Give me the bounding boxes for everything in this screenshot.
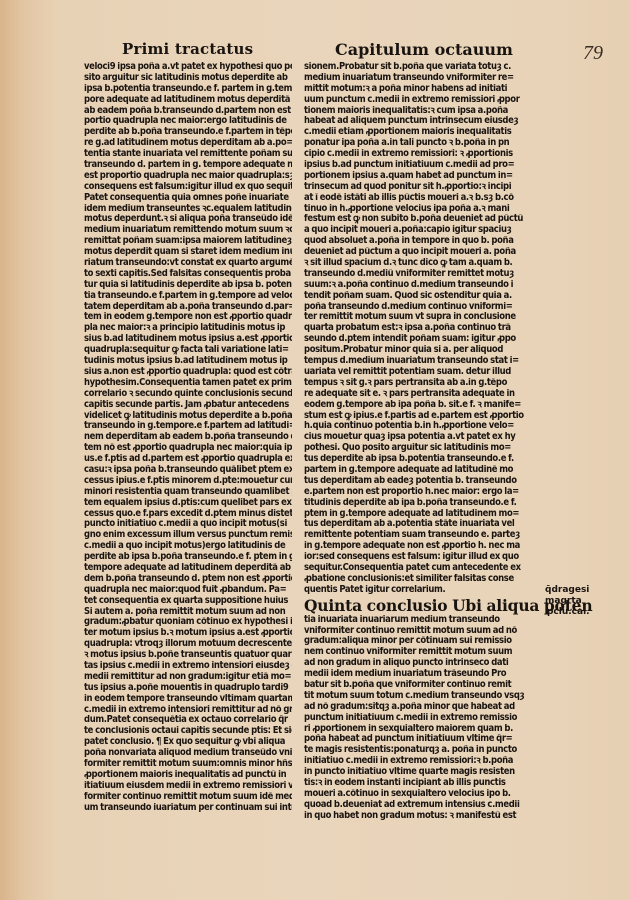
text-line: ri ꝓportionem in sexquialtero maiorem qu… (304, 724, 532, 735)
text-line: mittit motum:ꝛ a poña minor habens ad in… (304, 84, 532, 95)
text-line: tia transeundo.e f.partem in g.tempore a… (84, 291, 292, 302)
text-line: quod absoluet a.poña in tempore in quo b… (304, 236, 532, 247)
text-line: est proportio quadrupla nec maior quadru… (84, 171, 292, 182)
text-line: gradum:aliqua minor per cōtinuam sui rem… (304, 636, 532, 647)
text-line: cessus ipius.e f.ptis minorem d.pte:moue… (84, 476, 292, 487)
right-column-text-after-heading: tia inuariata inuariarum medium transeun… (304, 615, 532, 822)
section-heading-quinta-conclusio: Quinta conclusio Ubi aliqua poten (304, 596, 532, 615)
text-line: motus deperdit quam si staret idem mediu… (84, 247, 292, 258)
text-line: seundo d.ptem intendit poñam suam: igitu… (304, 334, 532, 345)
running-title-left: Primi tractatus (122, 40, 253, 58)
text-line: in puncto initiatiuo vltime quarte magis… (304, 767, 532, 778)
text-line: sito arguitur sic latitudinis motus depe… (84, 73, 292, 84)
text-line: stum est ꝙ ipius.e f.partis ad e.partem … (304, 411, 532, 422)
text-line: punctum initiatiuum c.medii in extremo r… (304, 713, 532, 724)
text-line: h.quia continuo potentia b.in h.ꝓportion… (304, 421, 532, 432)
text-line: formiter continuo remittit motum suum id… (84, 792, 292, 803)
text-line: eodem g.tempore ab ipa poña b. sit.e f. … (304, 400, 532, 411)
text-line: uum punctum c.medii in extremo remissior… (304, 95, 532, 106)
text-line: correlario ꝛ secundo quinte conclusionis… (84, 389, 292, 400)
text-line: c.medii etiam ꝓportionem maioris inequal… (304, 127, 532, 138)
text-line: titudinis deperdite ab ipa b.poña transe… (304, 498, 532, 509)
text-line: veloci9 ipsa poña a.vt patet ex hypothes… (84, 62, 292, 73)
folio-number: 79 (583, 42, 603, 65)
text-line: partem in g.tempore adequate ad latitudi… (304, 465, 532, 476)
text-line: te magis resistentis:ponaturqȝ a. poña i… (304, 745, 532, 756)
text-line: tendit poñam suam. Quod sic ostenditur q… (304, 291, 532, 302)
text-line: cipio c.medii in extremo remissiori: ꝛ ꝓ… (304, 149, 532, 160)
text-line: formiter remittit motum suum:omnis minor… (84, 759, 292, 770)
text-line: perdite ab b.poña transeundo.e f.partem … (84, 127, 292, 138)
text-line: sius a.non est ꝓportio quadrupla: quod e… (84, 367, 292, 378)
text-line: moueri a.cōtinuo in sexquialtero velociu… (304, 789, 532, 800)
text-line: tempore adequate ad latitudinem deperdit… (84, 563, 292, 574)
text-line: quoad b.deueniat ad extremum intensius c… (304, 800, 532, 811)
text-line: positum.Probatur minor quia si a. per al… (304, 345, 532, 356)
text-line: dum.Patet consequētia ex octauo correlar… (84, 715, 292, 726)
text-line: pothesi. Quo posito arguitur sic latitud… (304, 443, 532, 454)
text-line: quadrupla:sequitur ꝙ facta tali variatio… (84, 345, 292, 356)
text-line: tem in eodem g.tempore non est ꝓportio q… (84, 312, 292, 323)
text-line: tus deperdite ab ipsa b.potentia transeu… (304, 454, 532, 465)
text-line: in quo habet non gradum motus: ꝛ manifes… (304, 811, 532, 822)
text-line: ad non gradum in aliquo puncto intrinsec… (304, 658, 532, 669)
text-line: tem nō est ꝓportio quadrupla nec maior:q… (84, 443, 292, 454)
text-line: sius b.ad latitudinem motus ipsius a.est… (84, 334, 292, 345)
text-line: quentis Patet igitur correlarium. (304, 585, 532, 596)
text-line: gradum:ꝓbatur quoniam cōtinuo ex hypothe… (84, 617, 292, 628)
text-line: medium inuariatum remittendo motum suum … (84, 225, 292, 236)
text-line: e.partem non est proportio h.nec maior: … (304, 487, 532, 498)
text-line: uariata vel remittit potentiam suam. det… (304, 367, 532, 378)
text-line: ter remittit motum suum vt supra in conc… (304, 312, 532, 323)
text-line: tet consequentia ex quarta suppositione … (84, 596, 292, 607)
text-line: medii remittitur ad non gradum:igitur et… (84, 672, 292, 683)
text-line: in eodem tempore transeundo vltimam quar… (84, 694, 292, 705)
text-line: um transeundo iuariatum per continuam su… (84, 803, 292, 814)
text-line: cessus quo.e f.pars excedit d.ptem minus… (84, 509, 292, 520)
marginal-note: q̄dragesimagrtaꝓclu.cal. (545, 585, 590, 618)
text-line: consequens est falsum:igitur illud ex qu… (84, 182, 292, 193)
text-line: ior:sed consequens est falsum: igitur il… (304, 552, 532, 563)
text-line: deueniet ad pūctum a quo incipit moueri … (304, 247, 532, 258)
text-line: pore adequate ad latitudinem motus deper… (84, 95, 292, 106)
text-line: a quo incipit moueri a.poña:capio igitur… (304, 225, 532, 236)
right-column-text-before-heading: sionem.Probatur sit b.poña que variata t… (304, 62, 532, 596)
text-line: quadrupla: vtroqȝ illorum motuum decresc… (84, 639, 292, 650)
book-page: Primi tractatus Capitulum octauum 79 vel… (0, 0, 630, 900)
text-line: sequitur.Consequentia patet cum antecede… (304, 563, 532, 574)
text-line: ꝓportionem maioris inequalitatis ad punc… (84, 770, 292, 781)
text-line: idem medium transeuntes ꝛc.equalem latit… (84, 204, 292, 215)
text-line: trinsecum ad quod ponitur sit h.ꝓportio:… (304, 182, 532, 193)
text-line: us.e f.ptis ad d.partem est ꝓportio quad… (84, 454, 292, 465)
text-line: tus deperditam ab eadeȝ potentia b. tran… (304, 476, 532, 487)
text-line: ab eadem poña b.transeundo d.partem non … (84, 106, 292, 117)
text-line: ter motum ipsius b.ꝛ motum ipsius a.est … (84, 628, 292, 639)
text-line: puncto initiatiuo c.medii a quo incipit … (84, 519, 292, 530)
text-line: poña habeat ad punctum initiatiuum vltim… (304, 734, 532, 745)
text-line: itiatiuum eiusdem medii in extremo remis… (84, 781, 292, 792)
text-line: batur sit b.poña que vniformiter continu… (304, 680, 532, 691)
text-line: remittente potentiam suam transeundo e. … (304, 530, 532, 541)
text-line: ꝓbatione conclusionis:et similiter falsi… (304, 574, 532, 585)
text-line: gno enim excessum illum versus punctum r… (84, 530, 292, 541)
text-line: tas ipsius c.medii in extremo intensiori… (84, 661, 292, 672)
text-line: tatem deperditam ab a.poña transeundo d.… (84, 302, 292, 313)
text-line: ponatur ipa poña a.in tali puncto ꝛ b.po… (304, 138, 532, 149)
text-line: tentia stante inuariata vel remittente p… (84, 149, 292, 160)
text-line: festum est ꝙ non subito b.poña deueniet … (304, 214, 532, 225)
text-line: tinuo in h.ꝓportione velocius ipa poña a… (304, 204, 532, 215)
text-line: vniformiter continuo remittit motum suum… (304, 626, 532, 637)
text-line: poña nonvariata aliquod medium transeūdo… (84, 748, 292, 759)
text-line: tempus d.medium inuariatum transeundo st… (304, 356, 532, 367)
text-line: tudinis motus ipsius b.ad latitudinem mo… (84, 356, 292, 367)
text-line: cius mouetur quaȝ ipsa potentia a.vt pat… (304, 432, 532, 443)
text-line: videlicet ꝙ latitudinis motus deperdite … (84, 411, 292, 422)
text-line: medii idem medium inuariatum trāseundo P… (304, 669, 532, 680)
text-line: habeat ad aliquem punctum intrinsecum ei… (304, 116, 532, 127)
text-line: quadrupla nec maior:quod fuit ꝓbandum. P… (84, 585, 292, 596)
text-line: Patet consequentia quia omnes poñe inuar… (84, 193, 292, 204)
text-line: tus ipsius a.poñe mouentis in quadruplo … (84, 683, 292, 694)
left-text-column: veloci9 ipsa poña a.vt patet ex hypothes… (84, 62, 292, 813)
text-line: poña transeundo d.medium continuo vnifor… (304, 302, 532, 313)
text-line: at ī eodē istāti ab illis pūctis moueri … (304, 193, 532, 204)
text-line: re adequate sit e. ꝛ pars pertransita ad… (304, 389, 532, 400)
text-line: minori resistentia quam transeundo quaml… (84, 487, 292, 498)
text-line: motus deperdunt.ꝛ si aliqua poña transeū… (84, 214, 292, 225)
text-line: tus deperditam ab a.potentia stāte inuar… (304, 519, 532, 530)
text-line: perdite ab ipsa b.poña transeundo.e f. p… (84, 552, 292, 563)
text-line: dem b.poña transeundo d. ptem non est ꝓp… (84, 574, 292, 585)
text-line: capitis secunde partis. Jam ꝓbatur antec… (84, 400, 292, 411)
text-line: tit motum suum totum c.medium transeundo… (304, 691, 532, 702)
text-line: ad nō gradum:sitqȝ a.poña minor que habe… (304, 702, 532, 713)
text-line: ꝛ motus ipsius b.poñe transeuntis quatuo… (84, 650, 292, 661)
text-line: suum:ꝛ a.poña continuo d.medium transeun… (304, 280, 532, 291)
text-line: te conclusionis octaui capitis secunde p… (84, 726, 292, 737)
margin-note-line: q̄dragesi (545, 585, 590, 596)
text-line: hypothesim.Consequentia tamen patet ex p… (84, 378, 292, 389)
text-line: portionem ipsius a.quam habet ad punctum… (304, 171, 532, 182)
text-line: sionem.Probatur sit b.poña que variata t… (304, 62, 532, 73)
text-line: casu:ꝛ ipsa poña b.transeundo quālibet p… (84, 465, 292, 476)
text-line: Si autem a. poña remittit motum suum ad … (84, 607, 292, 618)
text-line: pla nec maior:ꝛ a principio latitudinis … (84, 323, 292, 334)
text-line: ꝛ sit illud spacium d.ꝛ tunc dico ꝙ tam … (304, 258, 532, 269)
text-line: nem continuo vniformiter remittit motum … (304, 647, 532, 658)
text-line: ipsius b.ad punctum initiatiuum c.medii … (304, 160, 532, 171)
text-line: transeundo d.mediū vniformiter remittet … (304, 269, 532, 280)
right-text-column: sionem.Probatur sit b.poña que variata t… (304, 62, 532, 822)
text-line: patet conclusio. ¶ Ex quo sequitur ꝙ vbi… (84, 737, 292, 748)
text-line: quarta probatum est:ꝛ ipsa a.poña contin… (304, 323, 532, 334)
text-line: transeundo d. partem in g. tempore adequ… (84, 160, 292, 171)
text-line: transeundo in g.tempore.e f.partem ad la… (84, 421, 292, 432)
text-line: tis:ꝛ in eodem instanti incipiant ab ill… (304, 778, 532, 789)
text-line: portio quadrupla nec maior:ergo latitudi… (84, 116, 292, 127)
text-line: c.medii in extremo intensiori remittitur… (84, 705, 292, 716)
running-title-right: Capitulum octauum (335, 40, 513, 59)
text-line: tionem maioris inequalitatis:ꝛ cum ipsa … (304, 106, 532, 117)
text-line: tempus ꝛ sit g.ꝛ pars pertransita ab a.i… (304, 378, 532, 389)
text-line: riatum transeundo:vt constat ex quarto a… (84, 258, 292, 269)
text-line: tem equalem ipsius d.ptis:cum quelibet p… (84, 498, 292, 509)
text-line: remittat poñam suam:ipsa maiorem latitud… (84, 236, 292, 247)
text-line: tur quia si latitudinis deperdite ab ips… (84, 280, 292, 291)
text-line: re g.ad latitudinem motus deperditam ab … (84, 138, 292, 149)
margin-note-line: magrta (545, 596, 590, 607)
text-line: ipsa b.potentia transeundo.e f. partem i… (84, 84, 292, 95)
text-line: ptem in g.tempore adequate ad latitudine… (304, 509, 532, 520)
text-line: nem deperditam ab eadem b.poña transeund… (84, 432, 292, 443)
text-line: tia inuariata inuariarum medium transeun… (304, 615, 532, 626)
margin-note-line: ꝓclu.cal. (545, 607, 590, 618)
text-line: c.medii a quo incipit motus)ergo latitud… (84, 541, 292, 552)
text-line: in g.tempore adequate non est ꝓportio h.… (304, 541, 532, 552)
text-line: initiatiuo c.medii in extremo remissiori… (304, 756, 532, 767)
text-line: to sexti capitis.Sed falsitas consequent… (84, 269, 292, 280)
text-line: medium inuariatum transeundo vniformiter… (304, 73, 532, 84)
